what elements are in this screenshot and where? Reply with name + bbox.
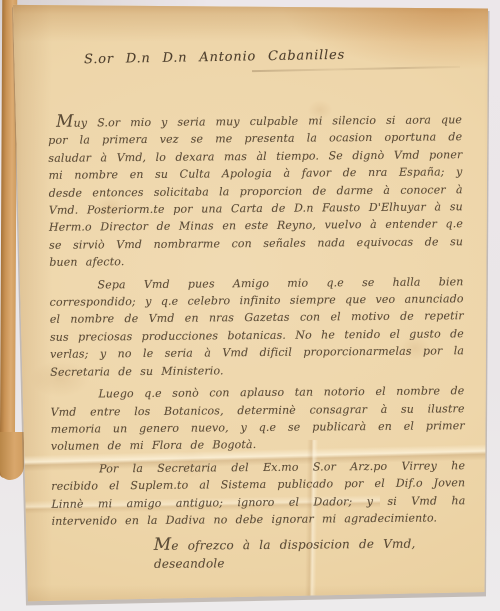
letter-body: Muy S.or mio y seria muy culpable mi sil…	[48, 110, 466, 574]
letter-paragraph-2: Sepa Vmd pues Amigo mio q.e se halla bie…	[49, 273, 464, 381]
closing-line: Me ofrezco à la disposicion de Vmd, dese…	[52, 534, 466, 575]
letter-paragraph-3: Luego q.e sonò con aplauso tan notorio e…	[50, 382, 465, 455]
letter-paragraph-1: Muy S.or mio y seria muy culpable mi sil…	[48, 110, 463, 271]
photo-backdrop: S.or D.n D.n Antonio Cabanilles Muy S.or…	[0, 0, 500, 611]
letter-paragraph-4: Por la Secretaria del Ex.mo S.or Arz.po …	[51, 457, 466, 530]
book-underpage-corner	[0, 432, 24, 480]
